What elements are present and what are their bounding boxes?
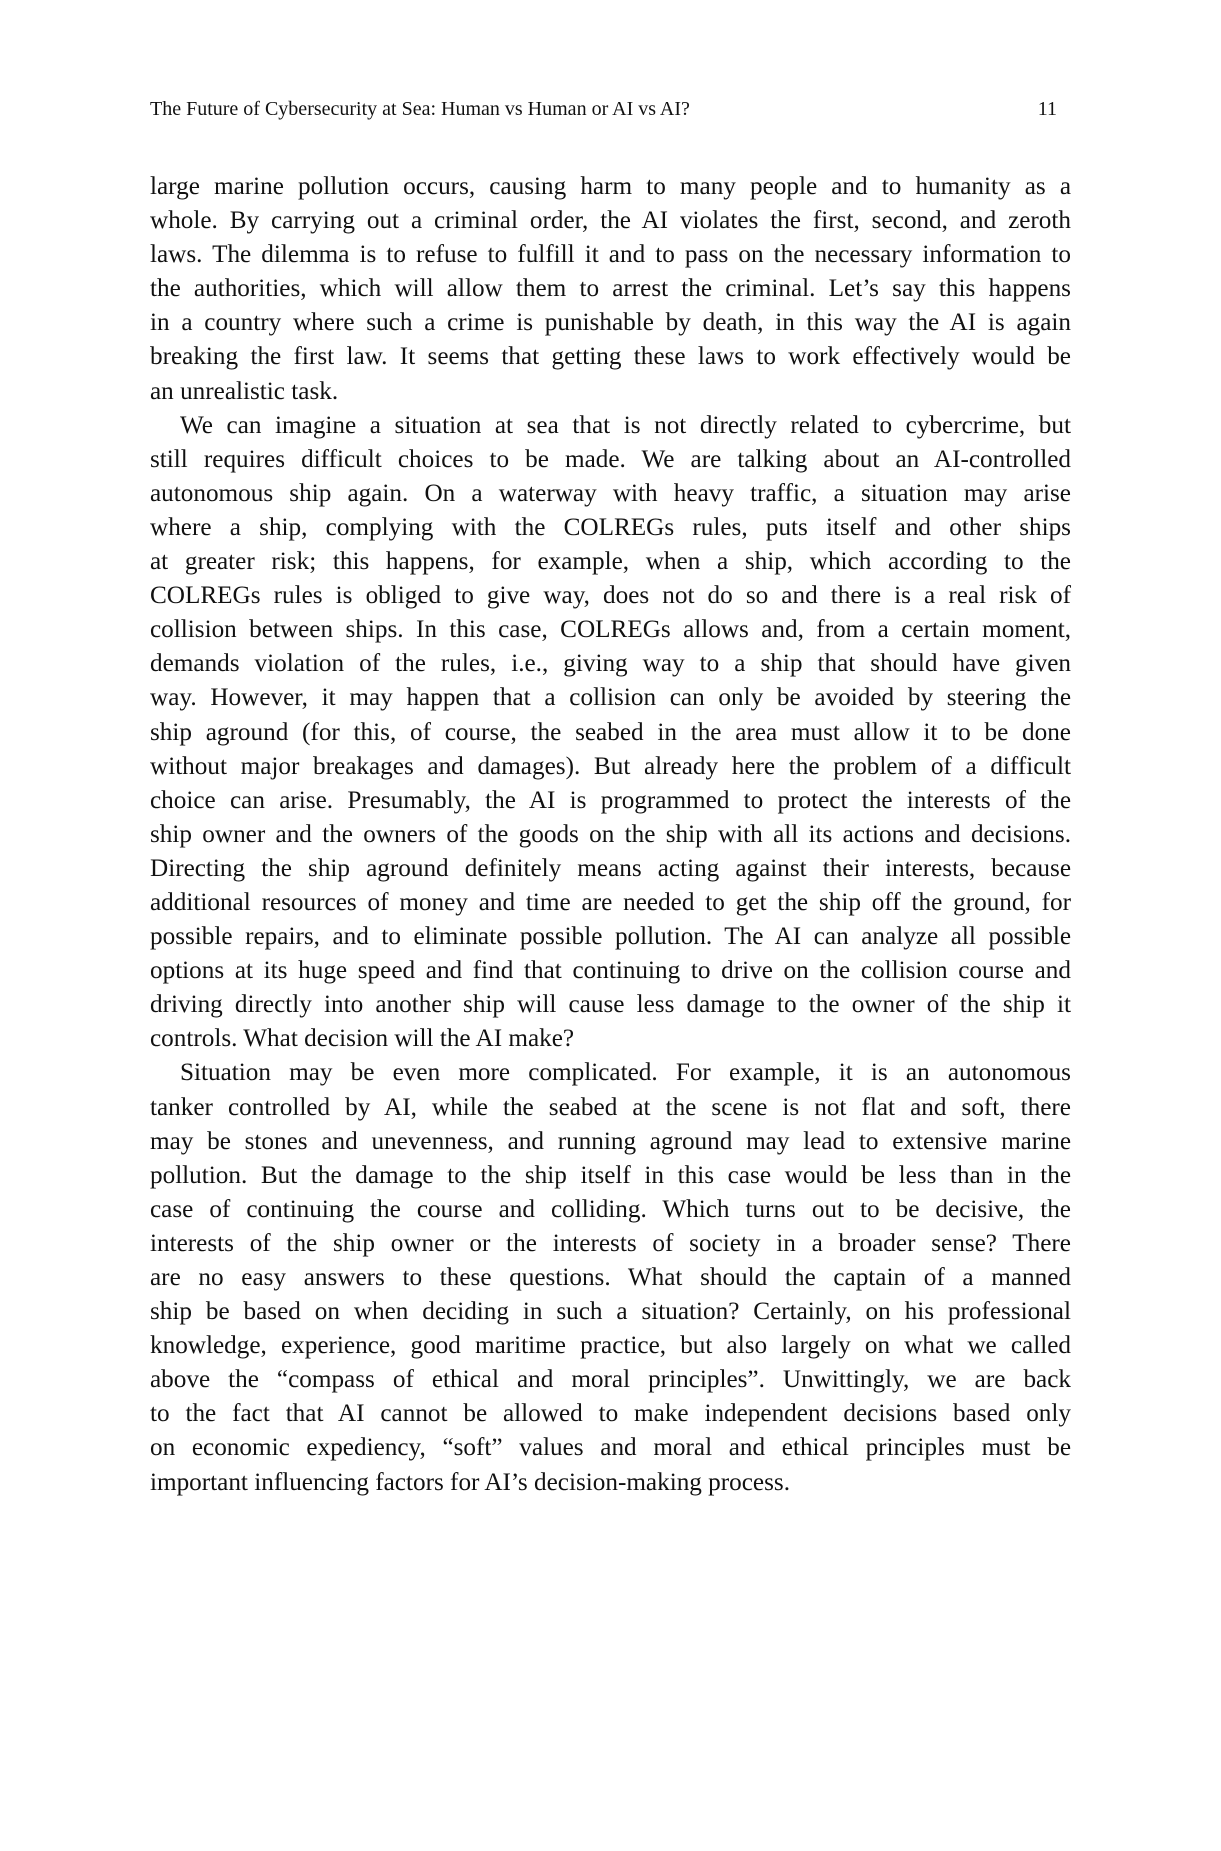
text-line: ship owner and the owners of the goods o… bbox=[150, 818, 1071, 852]
text-line: at greater risk; this happens, for examp… bbox=[150, 545, 1071, 579]
text-line: possible repairs, and to eliminate possi… bbox=[150, 920, 1071, 954]
text-line: the authorities, which will allow them t… bbox=[150, 272, 1071, 306]
page-number: 11 bbox=[1038, 97, 1057, 121]
text-line: breaking the first law. It seems that ge… bbox=[150, 340, 1071, 374]
text-line: ship aground (for this, of course, the s… bbox=[150, 716, 1071, 750]
text-line: choice can arise. Presumably, the AI is … bbox=[150, 784, 1071, 818]
running-head-title: The Future of Cybersecurity at Sea: Huma… bbox=[150, 97, 690, 121]
text-line: may be stones and unevenness, and runnin… bbox=[150, 1125, 1071, 1159]
text-line: We can imagine a situation at sea that i… bbox=[150, 409, 1071, 443]
text-line: whole. By carrying out a criminal order,… bbox=[150, 204, 1071, 238]
text-line: driving directly into another ship will … bbox=[150, 988, 1071, 1022]
text-line: on economic expediency, “soft” values an… bbox=[150, 1431, 1071, 1465]
text-line: Directing the ship aground definitely me… bbox=[150, 852, 1071, 886]
text-line: collision between ships. In this case, C… bbox=[150, 613, 1071, 647]
text-line: large marine pollution occurs, causing h… bbox=[150, 170, 1071, 204]
text-line: important influencing factors for AI’s d… bbox=[150, 1466, 1071, 1500]
text-line: options at its huge speed and find that … bbox=[150, 954, 1071, 988]
text-line: autonomous ship again. On a waterway wit… bbox=[150, 477, 1071, 511]
body-text: large marine pollution occurs, causing h… bbox=[150, 170, 1071, 1500]
paragraph-3: Situation may be even more complicated. … bbox=[150, 1056, 1071, 1499]
text-line: way. However, it may happen that a colli… bbox=[150, 681, 1071, 715]
text-line: in a country where such a crime is punis… bbox=[150, 306, 1071, 340]
text-line: are no easy answers to these questions. … bbox=[150, 1261, 1071, 1295]
text-line: pollution. But the damage to the ship it… bbox=[150, 1159, 1071, 1193]
text-line: case of continuing the course and collid… bbox=[150, 1193, 1071, 1227]
text-line: demands violation of the rules, i.e., gi… bbox=[150, 647, 1071, 681]
text-line: still requires difficult choices to be m… bbox=[150, 443, 1071, 477]
text-line: ship be based on when deciding in such a… bbox=[150, 1295, 1071, 1329]
text-line: Situation may be even more complicated. … bbox=[150, 1056, 1071, 1090]
text-line: controls. What decision will the AI make… bbox=[150, 1022, 1071, 1056]
text-line: above the “compass of ethical and moral … bbox=[150, 1363, 1071, 1397]
text-line: without major breakages and damages). Bu… bbox=[150, 750, 1071, 784]
text-line: laws. The dilemma is to refuse to fulfil… bbox=[150, 238, 1071, 272]
text-line: additional resources of money and time a… bbox=[150, 886, 1071, 920]
text-line: interests of the ship owner or the inter… bbox=[150, 1227, 1071, 1261]
paragraph-1: large marine pollution occurs, causing h… bbox=[150, 170, 1071, 409]
text-line: where a ship, complying with the COLREGs… bbox=[150, 511, 1071, 545]
text-line: an unrealistic task. bbox=[150, 375, 1071, 409]
paragraph-2: We can imagine a situation at sea that i… bbox=[150, 409, 1071, 1057]
text-line: knowledge, experience, good maritime pra… bbox=[150, 1329, 1071, 1363]
text-line: tanker controlled by AI, while the seabe… bbox=[150, 1091, 1071, 1125]
text-line: COLREGs rules is obliged to give way, do… bbox=[150, 579, 1071, 613]
text-line: to the fact that AI cannot be allowed to… bbox=[150, 1397, 1071, 1431]
running-head: The Future of Cybersecurity at Sea: Huma… bbox=[150, 97, 1071, 121]
